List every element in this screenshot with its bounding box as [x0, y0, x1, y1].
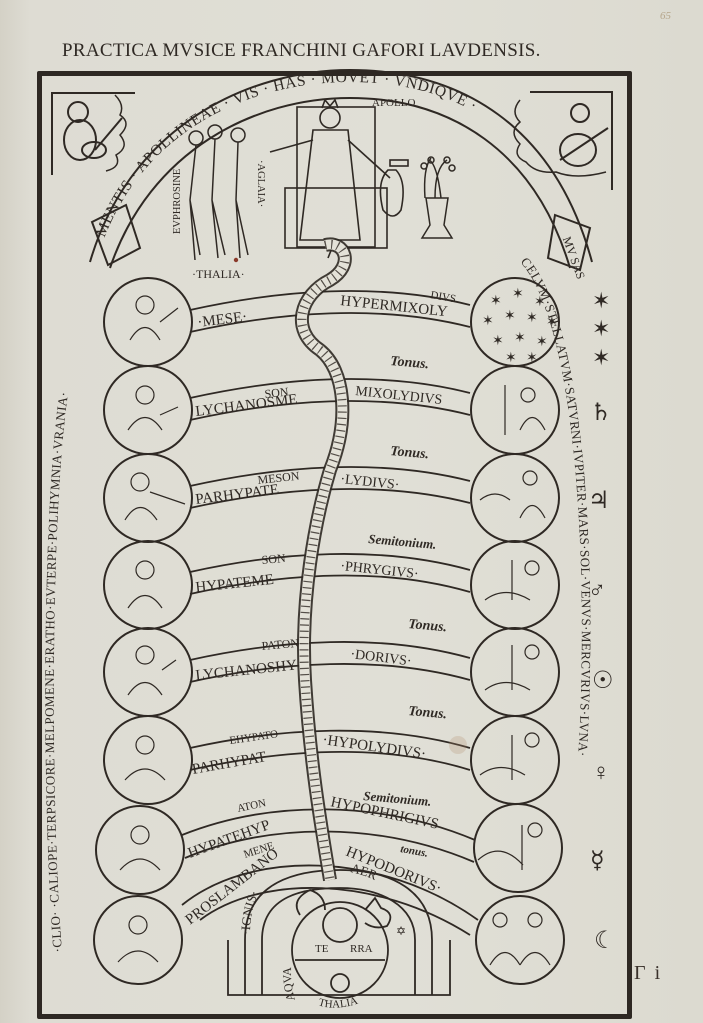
- mode-dorius: ·DORIVS·: [350, 647, 413, 669]
- serpent: [302, 244, 345, 880]
- jupiter-symbol: ♃: [588, 488, 610, 514]
- svg-text:✶: ✶: [512, 287, 524, 302]
- ink-stain: [234, 258, 238, 262]
- note-mese: ·MESE·: [197, 309, 249, 331]
- stars-symbol-1: ✶: [592, 288, 610, 313]
- muse-medallions: [94, 278, 192, 984]
- medallion-terpsicore: [104, 716, 192, 804]
- motto-text: MENTIS · APOLLINEAE · VIS · HAS · MOVET …: [92, 69, 480, 239]
- fire-label: ·IGNIS·: [238, 888, 261, 935]
- interval-2: Tonus.: [390, 444, 430, 462]
- note-upper-ehypato: EHYPATO: [229, 728, 279, 747]
- planet-figures: [478, 385, 550, 965]
- mode-hypolydius: ·HYPOLYDIVS·: [321, 732, 427, 762]
- earth-label-left: TE: [315, 943, 329, 955]
- mercury-symbol: ☿: [590, 848, 605, 874]
- grace-aglaia-label: ·AGLAIA·: [255, 160, 266, 207]
- three-graces: [189, 125, 248, 260]
- water-label: AQVA: [280, 967, 298, 1003]
- svg-text:✶: ✶: [505, 351, 517, 366]
- note-parhypate: PARHYPATE: [195, 482, 280, 508]
- interval-5: Tonus.: [408, 704, 448, 722]
- planet-medallions: [471, 278, 564, 984]
- mars-symbol: ♂: [588, 578, 606, 604]
- svg-text:✶: ✶: [482, 314, 494, 329]
- svg-text:✶: ✶: [526, 311, 538, 326]
- apollo-figure: [270, 100, 408, 258]
- book-page: 65 PRACTICA MVSICE FRANCHINI GAFORI LAVD…: [0, 0, 703, 1023]
- medallion-eratho: [104, 541, 192, 629]
- note-upper-paton: PATON: [261, 636, 300, 653]
- svg-text:✶: ✶: [514, 331, 526, 346]
- medallion-clio: [94, 896, 182, 984]
- note-parhypat: PARHYPAT: [191, 749, 267, 778]
- saturn-symbol: ♄: [590, 400, 612, 426]
- interval-1: Tonus.: [390, 354, 430, 372]
- medallion-polihymnia: [104, 366, 192, 454]
- medallion-urania: [104, 278, 192, 366]
- medallion-melpomene: [104, 628, 192, 716]
- apollo-label: APOLLO: [372, 97, 415, 109]
- note-hypateme: HYPATEME: [195, 572, 275, 596]
- mode-phrygius: ·PHRYGIVS·: [340, 559, 420, 582]
- flower-vase: [421, 157, 455, 238]
- venus-symbol: ♀: [592, 760, 610, 786]
- interval-3: Semitonium.: [368, 531, 437, 552]
- svg-text:✶: ✶: [504, 309, 516, 324]
- cerberus-and-earth: [292, 890, 390, 998]
- star-glyph: ✡: [396, 924, 406, 938]
- svg-text:✶: ✶: [490, 294, 502, 309]
- medallion-venus: [471, 716, 559, 804]
- medallion-saturn: [471, 366, 559, 454]
- svg-text:✶: ✶: [492, 334, 504, 349]
- medallion-sol: [471, 628, 559, 716]
- medallion-mercury: [474, 804, 562, 892]
- foxing-stain: [449, 736, 467, 754]
- note-upper-aton: ATON: [236, 797, 267, 815]
- medallion-luna: [476, 896, 564, 984]
- note-lychanoshy: LYCHANOSHY: [195, 657, 298, 684]
- sol-symbol: ☉: [592, 668, 614, 694]
- muses-column-text: ·CLIO· ·CALIOPE·TERPSICORE·MELPOMENE·ERA…: [42, 391, 71, 953]
- woodcut-illustration: MENTIS · APOLLINEAE · VIS · HAS · MOVET …: [0, 0, 703, 1023]
- grace-euphrosine-label: EVPHROSINE: [172, 169, 183, 234]
- mode-lydius: ·LYDIVS·: [340, 472, 401, 493]
- earth-circle: [292, 902, 388, 998]
- medallion-euterpe: [104, 454, 192, 542]
- medallion-mars: [471, 541, 559, 629]
- medallion-jupiter: [471, 454, 559, 542]
- luna-symbol: ☾: [594, 928, 616, 954]
- note-upper-son-2: SON: [261, 551, 286, 567]
- svg-text:✶: ✶: [526, 351, 538, 366]
- earth-label-right: RRA: [350, 943, 373, 955]
- stars-symbol-3: ✶: [592, 345, 610, 370]
- medallion-caliope: [96, 806, 184, 894]
- interval-4: Tonus.: [408, 617, 448, 635]
- stars-symbol-2: ✶: [592, 316, 610, 341]
- mode-mixolydius: MIXOLYDIVS: [355, 384, 443, 408]
- note-lychanosme: LYCHANOSME: [195, 392, 299, 420]
- note-labels: ·MESE· SON LYCHANOSME MESON PARHYPATE SO…: [183, 309, 301, 928]
- interval-labels: Tonus. Tonus. Semitonium. Tonus. Tonus. …: [363, 354, 448, 860]
- grace-thalia-label: ·THALIA·: [192, 267, 245, 281]
- corner-panel-left: [52, 93, 135, 175]
- svg-text:✶: ✶: [536, 335, 548, 350]
